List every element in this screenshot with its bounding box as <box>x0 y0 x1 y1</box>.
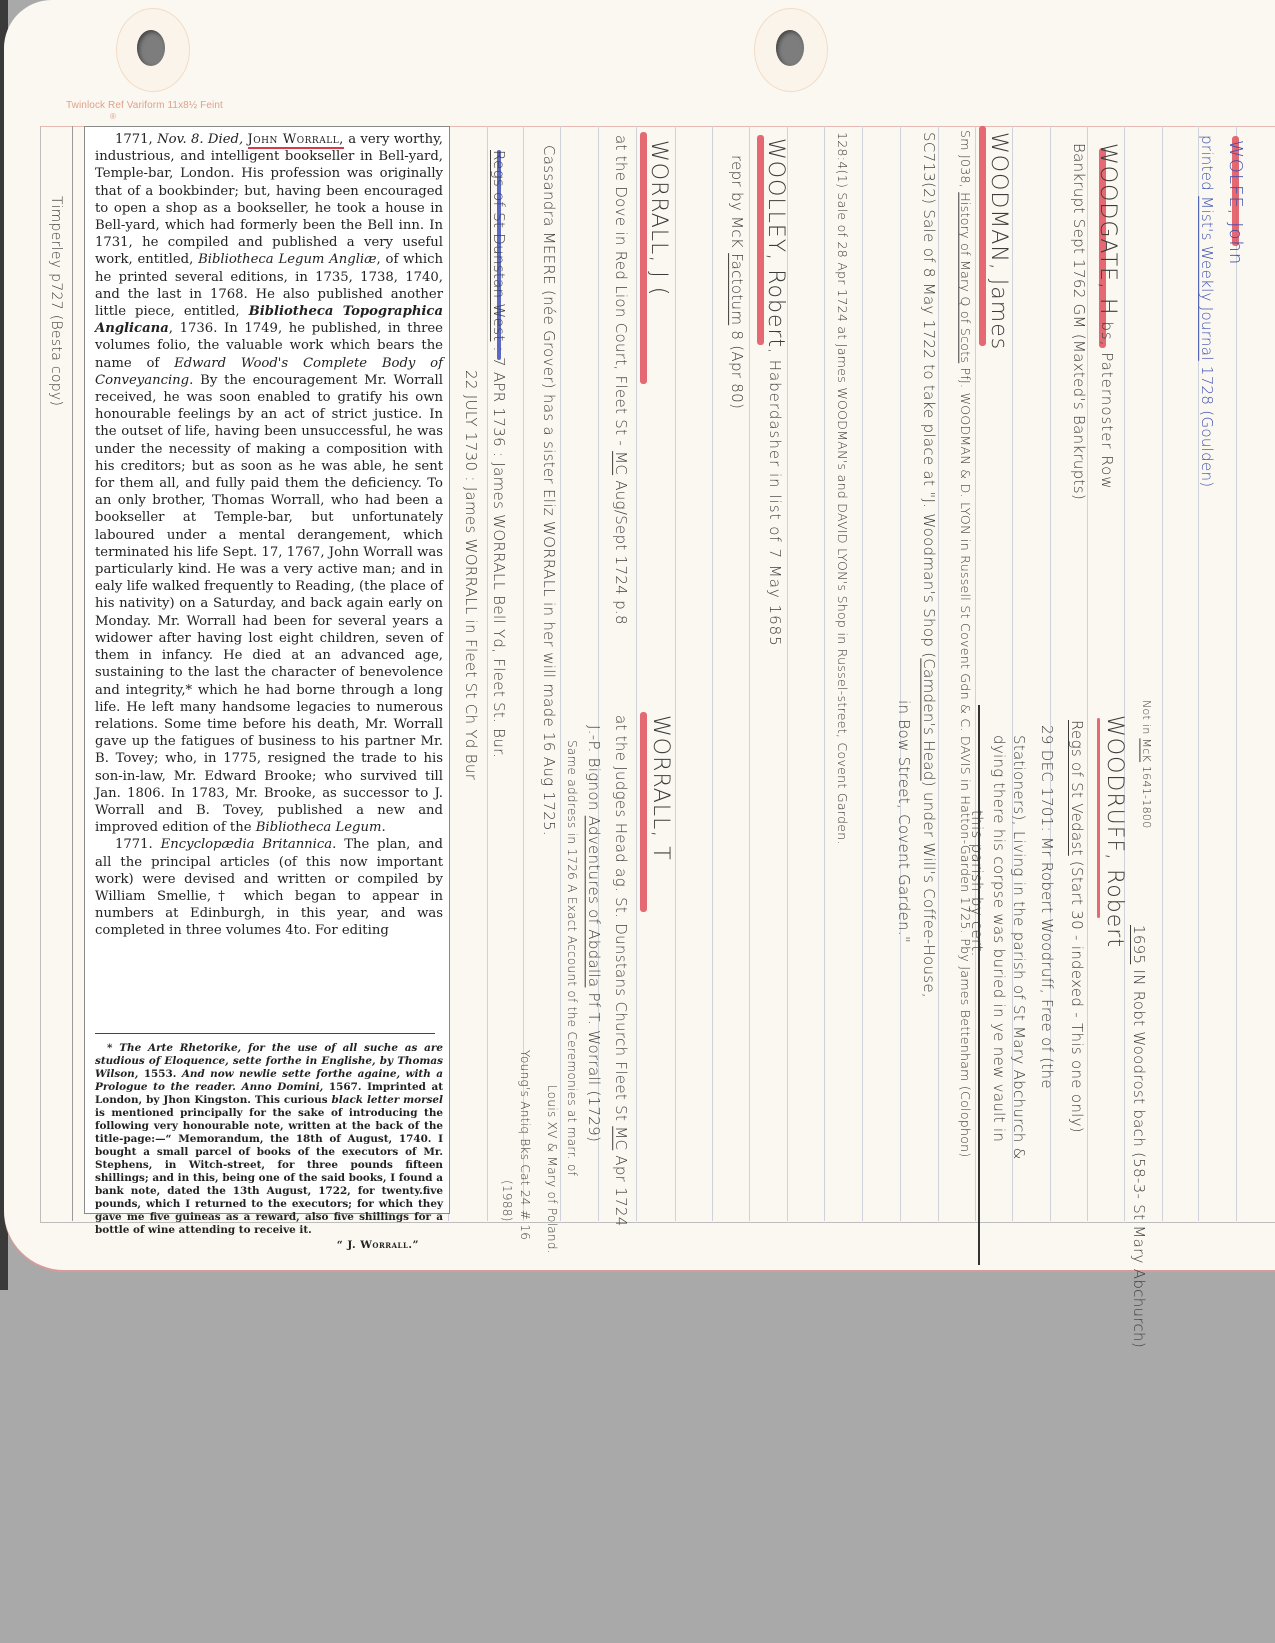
note-wolfe: printed Mist's Weekly Journal 1728 (Goul… <box>1198 135 1216 487</box>
woolley-note: repr by McK Factotum 8 (Apr 80) <box>728 155 746 409</box>
woodman-note-3: in Bow Street, Covent Garden." <box>895 700 913 943</box>
worrall-misc-meere: Cassandra MEERE (née Grover) has a siste… <box>540 145 558 836</box>
worrall-t-note-4: Louis XV & Mary of Poland. <box>545 1085 559 1254</box>
worrall-t-note-6: (1988) <box>500 1180 514 1222</box>
registered-mark: ® <box>110 112 116 121</box>
worrall-j-note: at the Dove in Red Lion Court, Fleet St … <box>612 135 630 625</box>
woodman-note-2: SC713(2) Sale of 8 May 1722 to take plac… <box>920 132 938 998</box>
footnote: * The Arte Rhetorike, for the use of all… <box>95 1042 443 1252</box>
woodman-note-1: Sm J038, History of Mary Q of Scots PfJ.… <box>958 130 973 1158</box>
name-john-worrall: John Worrall, <box>248 132 344 149</box>
woodruff-entry-1: 29 DEC 1701: Mr Robert Woodruff, Free of… <box>1038 725 1056 1089</box>
worrall-misc-burial-1730: 22 JULY 1730 : James WORRALL in Fleet St… <box>462 370 480 780</box>
woodruff-bracket-note-2: 1695 IN Robt Woodrost bach (58-3- St Mar… <box>1130 925 1148 1348</box>
worrall-t-note-3: Same address in 1726 A Exact Account of … <box>565 740 579 1176</box>
highlight-woodruff <box>1097 718 1100 918</box>
card-brand-label: Twinlock Ref Variform 11x8½ Feint <box>66 100 223 111</box>
punch-hole-right <box>776 30 804 66</box>
heading-worrall-j: WORRALL, J ( <box>646 140 671 296</box>
punch-hole-left <box>137 30 165 66</box>
woodgate-note: Bankrupt Sept 1762 GM (Maxted's Bankrupt… <box>1070 143 1088 500</box>
woodruff-divider-line <box>978 705 980 1265</box>
woodruff-entry-2: Stationers), Living in the parish of St … <box>1010 735 1028 1160</box>
margin-line <box>72 126 73 1221</box>
highlight-worrall-t <box>640 712 647 912</box>
woodman-note-4: 128:4(1) Sale of 28 Apr 1724 at James WO… <box>835 132 850 845</box>
paragraph-britannica: 1771. Encyclopædia Britannica. The plan,… <box>95 836 443 939</box>
footnote-signature: “ J. Worrall.” <box>95 1239 443 1252</box>
heading-woolley-robert: WOOLLEY, Robert, Haberdasher in list of … <box>763 138 788 647</box>
clipping-article: 1771, Nov. 8. Died, John Worrall, a very… <box>95 131 443 940</box>
heading-woodman-james: WOODMAN, James <box>986 132 1011 350</box>
woodruff-regs: Regs of St Vedast (Start 30 - indexed - … <box>1068 720 1086 1133</box>
paragraph-worrall: 1771, Nov. 8. Died, John Worrall, a very… <box>95 131 443 836</box>
highlight-woodman <box>979 126 986 346</box>
newspaper-clipping: 1771, Nov. 8. Died, John Worrall, a very… <box>84 126 450 1214</box>
heading-woodgate: WOODGATE, H bs, Paternoster Row <box>1095 143 1120 490</box>
worrall-misc-regs: Regs of St Dunstan West : 7 APR 1736 : J… <box>490 150 508 758</box>
heading-woodruff-robert: WOODRUFF, Robert <box>1102 715 1127 948</box>
heading-wolfe-john: WOLFE, John <box>1225 140 1246 265</box>
worrall-t-note-2: J.-P. Bignon Adventures of Abdalla Pf T.… <box>585 725 603 1142</box>
worrall-t-note-5: Young's Antiq Bks Cat 24 # 16 <box>518 1050 532 1240</box>
woodruff-entry-3: dying there his corpse was buried in ye … <box>990 735 1008 1142</box>
heading-worrall-t: WORRALL, T <box>648 715 673 861</box>
woodruff-bracket-note: Not in McK 1641-1800 <box>1140 700 1153 829</box>
footnote-rule <box>95 1033 435 1034</box>
worrall-t-note-1: at the Judges Head ag. St. Dunstans Chur… <box>612 715 630 1227</box>
margin-note-timperley: Timperley p727 (Besta copy) <box>48 196 64 406</box>
